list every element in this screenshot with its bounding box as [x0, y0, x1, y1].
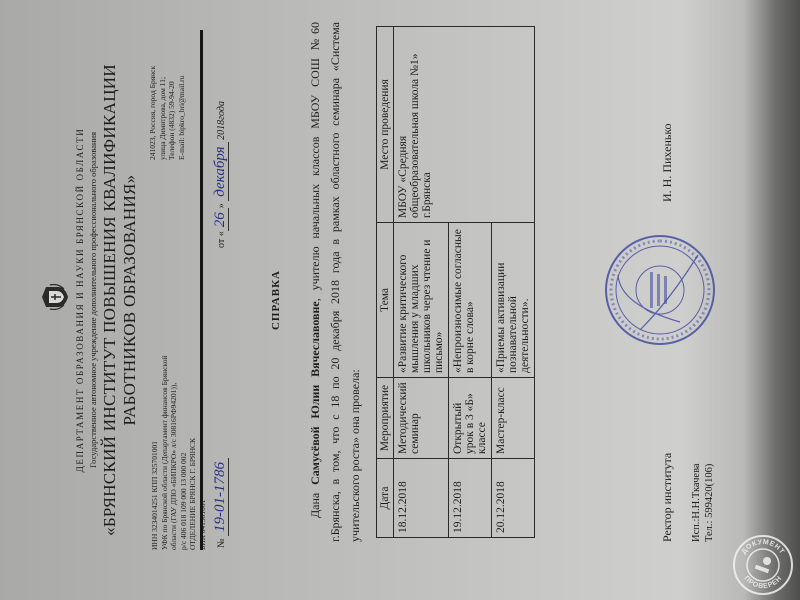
executor-phone: Тел.: 599420(106) — [703, 463, 716, 542]
bank-requisites: ИНН 3234014251 КПП 325701001 УФК по Брян… — [150, 310, 207, 550]
executor-name: Исп.:Н.Н.Ткачева — [690, 463, 703, 542]
svg-text:ПРОВЕРЕН: ПРОВЕРЕН — [742, 575, 783, 590]
cell-topic: «Приемы активизации познавательной деяте… — [492, 223, 535, 378]
verified-badge-icon: ДОКУМЕНТ ПРОВЕРЕН — [732, 534, 794, 596]
header-divider — [200, 30, 203, 550]
table-header-row: Дата Мероприятие Тема Место проведения — [377, 27, 394, 538]
contact-address: 241023, Россия, город Брянск улица Димит… — [148, 20, 186, 160]
cell-event: Открытый урок в 3 «Б» классе — [449, 378, 492, 459]
number-prefix: № — [216, 538, 227, 548]
cell-event: Методический семинар — [394, 378, 449, 459]
institution-name: «БРЯНСКИЙ ИНСТИТУТ ПОВЫШЕНИЯ КВАЛИФИКАЦИ… — [100, 0, 140, 600]
date-prefix: от « — [216, 231, 227, 248]
badge-bottom-text: ПРОВЕРЕН — [742, 575, 783, 590]
document-number: № 19-01-1786 — [212, 458, 229, 548]
header-topic: Тема — [377, 223, 394, 378]
address-line: 241023, Россия, город Брянск — [148, 20, 158, 160]
cell-topic: «Развитие критического мышления у младши… — [394, 223, 449, 378]
rector-title: Ректор института — [660, 453, 675, 542]
account-line: р/с 406 018 109 000 13 000 002 — [179, 310, 189, 550]
phone-line: Телефон (4832) 59-94-20 — [167, 20, 177, 160]
certificate-document: ДЕПАРТАМЕНТ ОБРАЗОВАНИЯ И НАУКИ БРЯНСКОЙ… — [0, 0, 800, 600]
bank-branch-line: ОТДЕЛЕНИЕ БРЯНСК Г. БРЯНСК — [188, 310, 198, 550]
date-quote: » — [216, 203, 227, 208]
recipient-name: Самусёвой Юлии Вячеславовне — [308, 301, 322, 485]
events-table: Дата Мероприятие Тема Место проведения 1… — [376, 26, 535, 538]
institution-name-line2: РАБОТНИКОВ ОБРАЗОВАНИЯ» — [120, 0, 140, 600]
handwritten-day: 26 — [212, 208, 229, 231]
document-title: СПРАВКА — [270, 0, 282, 600]
official-seal-icon — [600, 230, 720, 350]
email-line: E-mail: bipkro_bri@mail.ru — [177, 20, 187, 160]
header-venue: Место проведения — [377, 27, 394, 223]
cell-topic: «Непроизносимые согласные в корне слова» — [449, 223, 492, 378]
cell-event: Мастер-класс — [492, 378, 535, 459]
coat-of-arms-icon — [40, 284, 70, 310]
certificate-body: Дана Самусёвой Юлии Вячеславовне, учител… — [305, 22, 365, 542]
cell-date: 19.12.2018 — [449, 459, 492, 538]
body-lead: Дана — [308, 485, 322, 518]
inn-line: ИНН 3234014251 КПП 325701001 — [150, 310, 160, 550]
ufk-line: УФК по Брянской области (Департамент фин… — [160, 310, 170, 550]
street-line: улица Димитрова, дом 11; — [158, 20, 168, 160]
account-holder-line: области (ГАУ ДПО «БИПКРО» л/с 30816РФ942… — [169, 310, 179, 550]
rector-name: И. Н. Пихенько — [660, 123, 675, 202]
department-name: ДЕПАРТАМЕНТ ОБРАЗОВАНИЯ И НАУКИ БРЯНСКОЙ… — [75, 0, 85, 600]
document-date: от «26» декабря 2018года — [212, 101, 229, 248]
institution-type: Государственное автономное учреждение до… — [88, 0, 98, 600]
cell-date: 20.12.2018 — [492, 459, 535, 538]
header-date: Дата — [377, 459, 394, 538]
handwritten-number: 19-01-1786 — [212, 458, 229, 536]
table-row: 18.12.2018 Методический семинар «Развити… — [394, 27, 449, 538]
cell-venue: МБОУ «Средняя общеобразовательная школа … — [394, 27, 535, 223]
cell-date: 18.12.2018 — [394, 459, 449, 538]
header-event: Мероприятие — [377, 378, 394, 459]
institution-name-line1: «БРЯНСКИЙ ИНСТИТУТ ПОВЫШЕНИЯ КВАЛИФИКАЦИ… — [100, 0, 120, 600]
date-year: 2018года — [216, 101, 227, 140]
handwritten-month: декабря — [212, 142, 229, 200]
executor-info: Исп.:Н.Н.Ткачева Тел.: 599420(106) — [690, 463, 716, 542]
